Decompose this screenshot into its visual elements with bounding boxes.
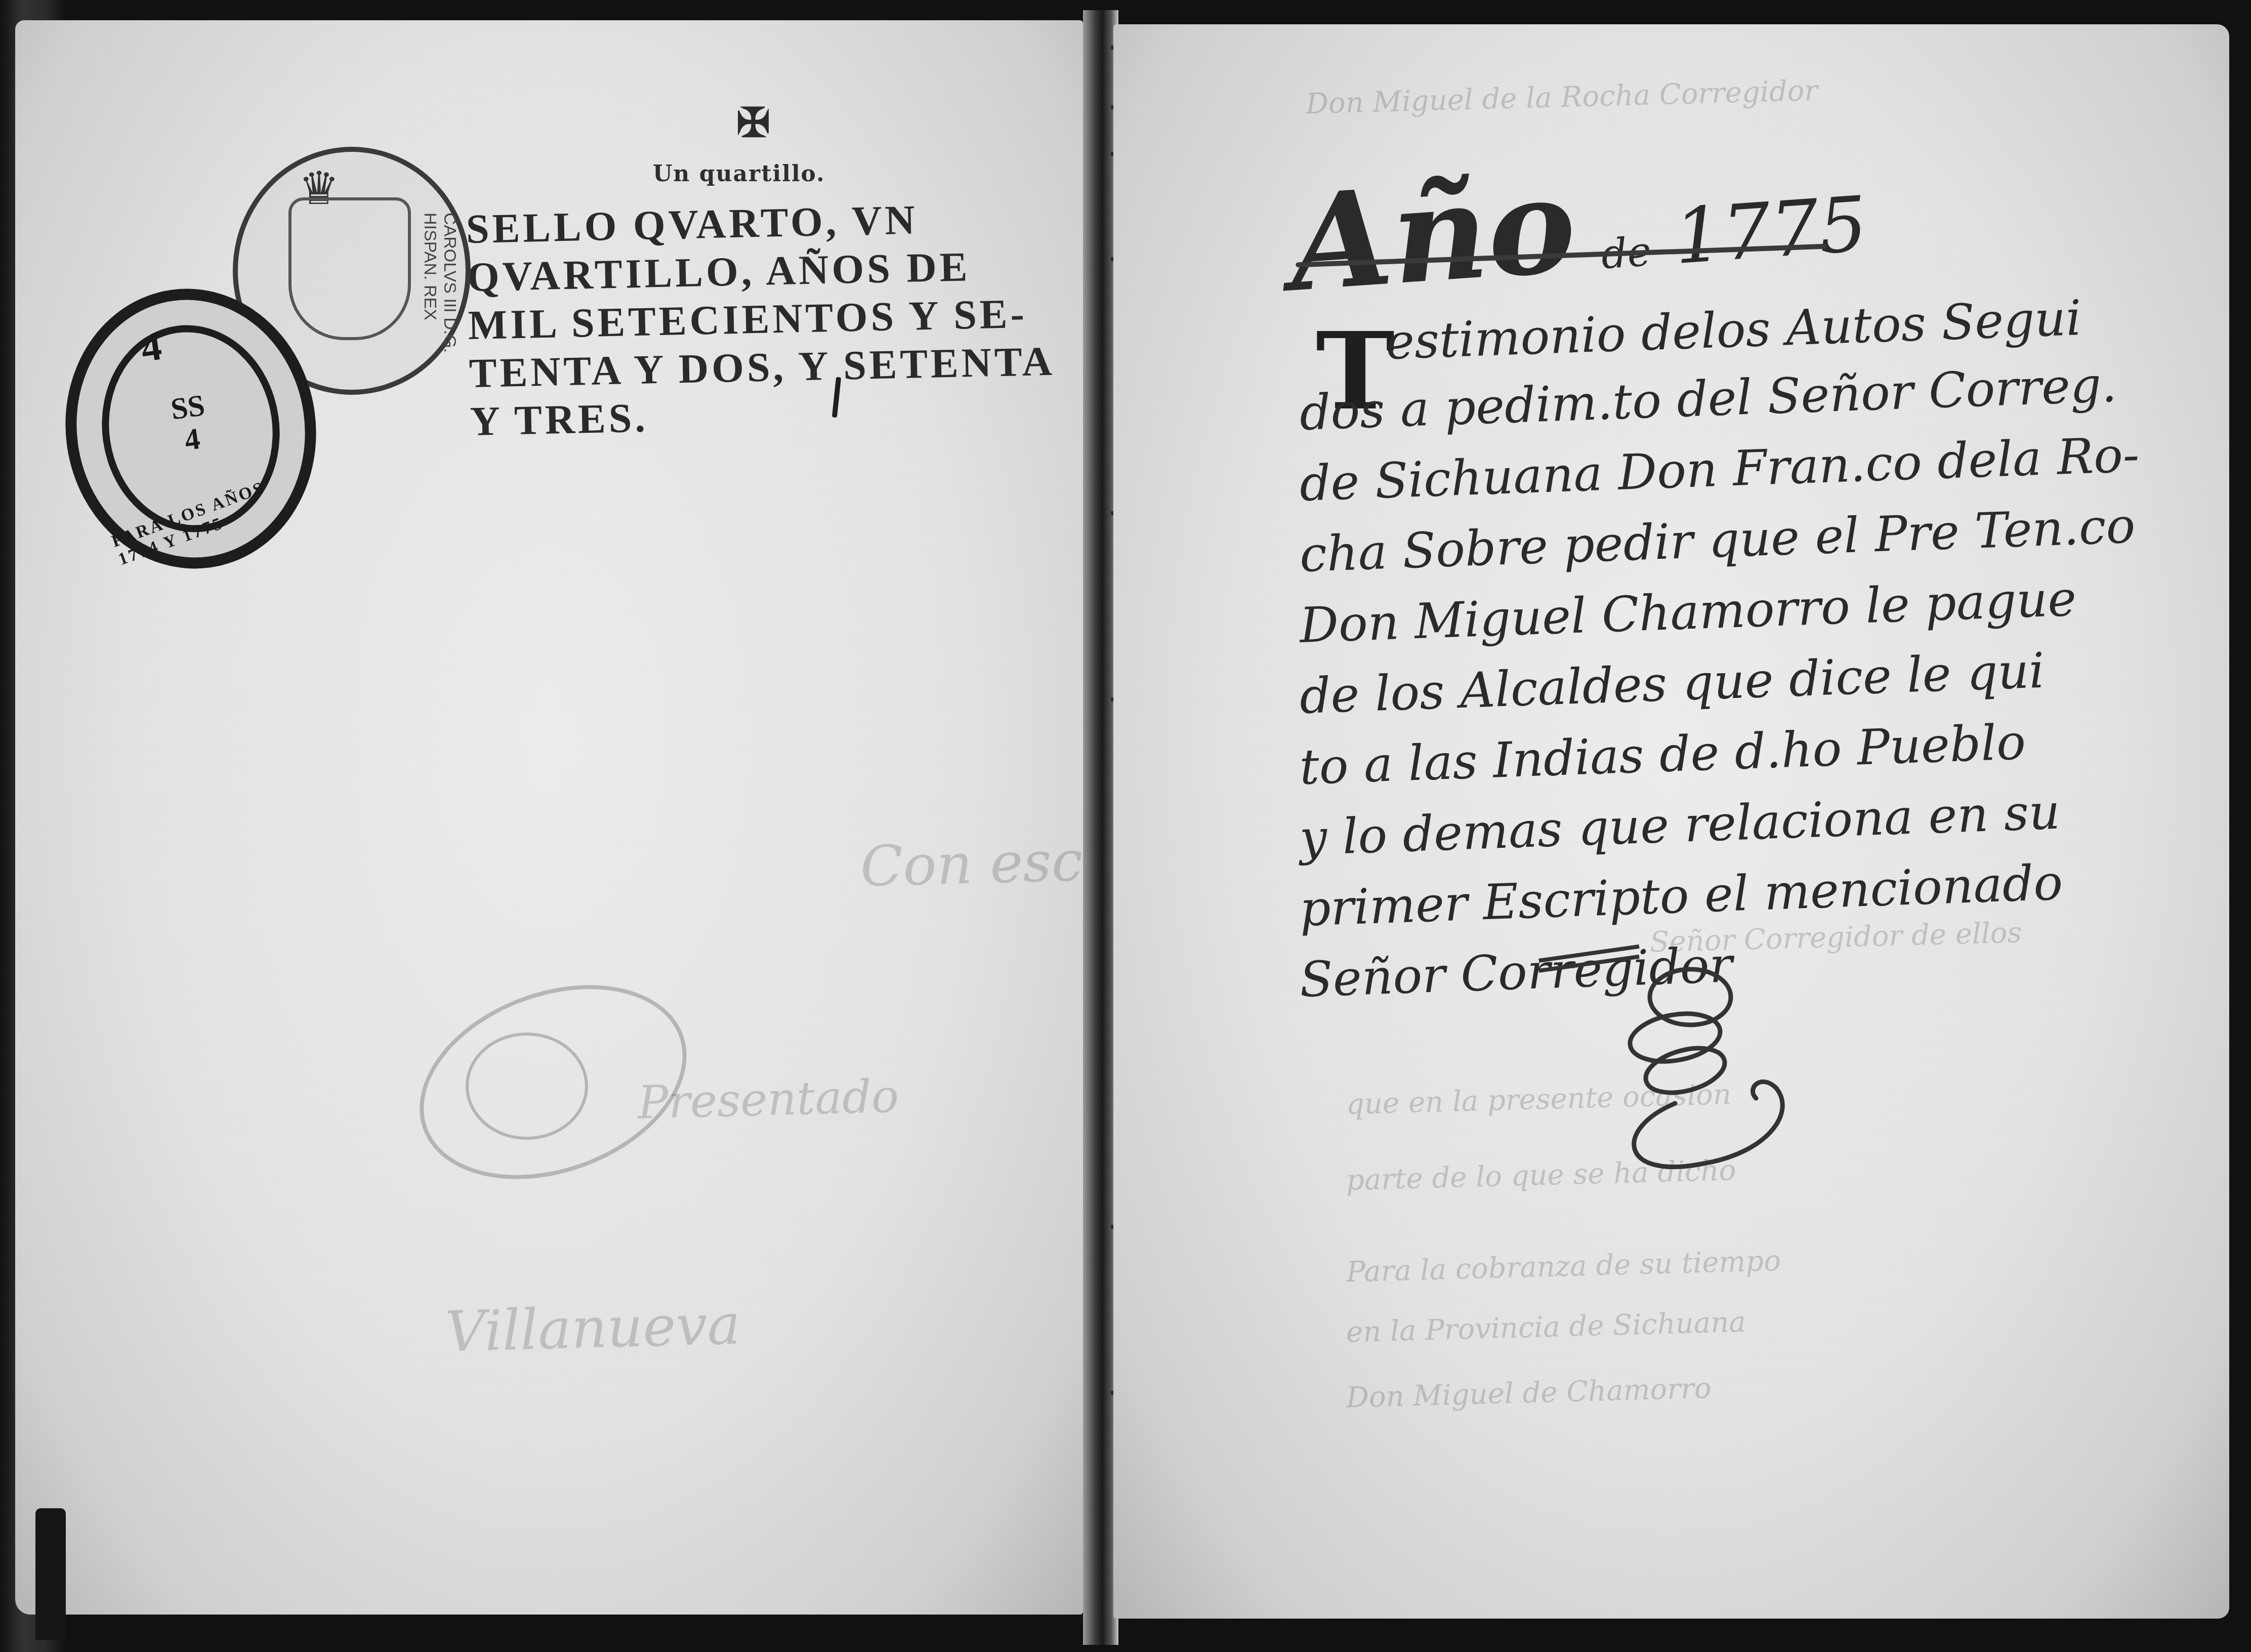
seal-core: SS 4 [148,386,232,461]
cross-icon: ✠ [736,99,770,146]
binding-clip [35,1508,66,1640]
title-year: 1775 [1671,180,1870,281]
stamp-paper-header: SELLO QVARTO, VN QVARTILLO, AÑOS DE MIL … [466,193,1037,445]
signature-rubric-icon [1584,962,1847,1174]
title-prefix: Año [1285,147,1580,321]
bleed-through-flourish [466,1032,588,1140]
seal-legend: CAROLVS III D.G. HISPAN. REX [420,213,460,390]
coat-of-arms-shield [288,197,411,340]
bleed-through-text: Villanueva [444,1292,741,1364]
stamp-subheading: Un quartillo. [653,161,825,187]
